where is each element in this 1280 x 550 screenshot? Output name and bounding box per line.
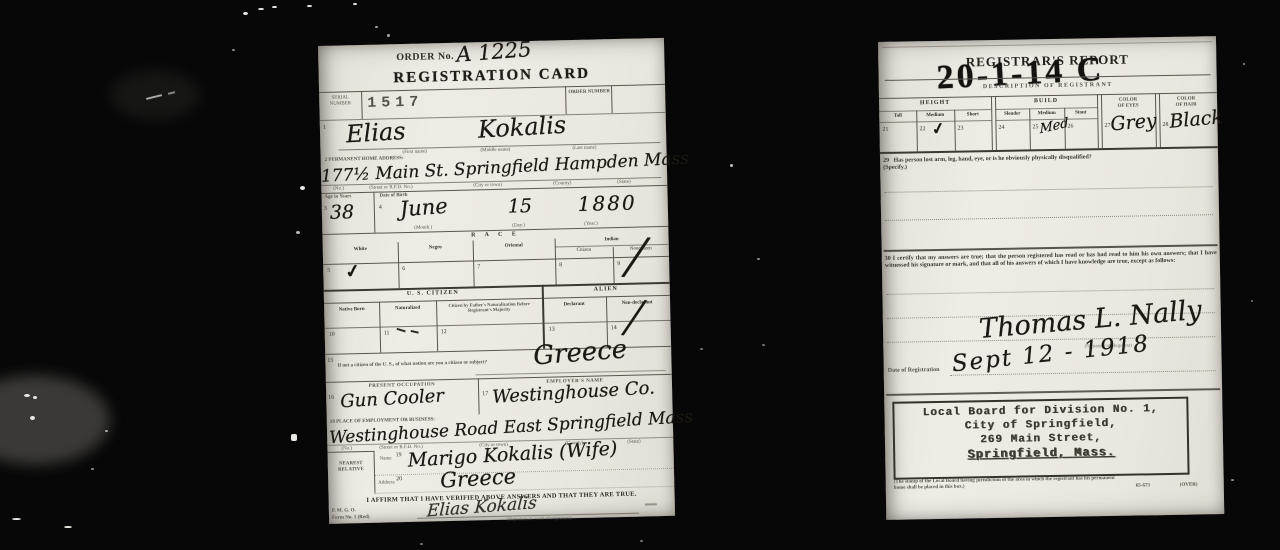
- race-box-no: 8: [559, 262, 562, 268]
- name-sublabel: (First name): [402, 149, 427, 155]
- film-speck: [291, 434, 297, 441]
- name-sublabel: (Last name): [572, 146, 596, 152]
- film-speck: [375, 26, 378, 28]
- film-glow: [0, 375, 110, 465]
- hair-label-line1: COLOR: [1177, 96, 1195, 101]
- citizen-box-no: 13: [549, 327, 555, 333]
- pen-stray-mark: [397, 328, 406, 332]
- hair-label-line2: OF HAIR: [1176, 102, 1197, 107]
- build-col-label: Medium: [1029, 111, 1064, 117]
- hair-color-value: Black: [1169, 106, 1224, 133]
- film-speck: [232, 49, 235, 51]
- desc-box-no: 28: [1162, 122, 1168, 128]
- film-speck: [420, 543, 423, 545]
- vrule: [373, 192, 375, 233]
- order-no-label: ORDER No.: [396, 51, 454, 63]
- name-last: Kokalis: [477, 111, 567, 144]
- rule: [325, 320, 671, 329]
- film-speck: [730, 164, 733, 167]
- print-code: 65-673: [1136, 483, 1150, 489]
- alien-nondeclarant-pen-slash: ╱: [622, 298, 646, 338]
- film-speck: [24, 394, 30, 397]
- field-no: 20: [396, 476, 402, 482]
- film-speck: [1243, 63, 1245, 65]
- race-col-label: Negro: [398, 244, 473, 251]
- citizen-col-label: Native Born: [324, 307, 379, 314]
- vrule: [361, 91, 363, 119]
- nearest-relative-label-line2: RELATIVE: [338, 467, 364, 473]
- build-col-label: Slender: [995, 111, 1029, 117]
- age-label: Age in Years: [324, 194, 351, 200]
- field-no: 19: [396, 452, 402, 458]
- eye-color-value: Grey: [1110, 110, 1158, 136]
- film-speck: [243, 12, 248, 15]
- race-citizen-label: Citizen: [555, 247, 613, 254]
- film-speck: [30, 416, 35, 420]
- registration-date-label: Date of Registration: [888, 367, 940, 375]
- q29-text: 29 Has person lost arm, leg, hand, eye, …: [883, 152, 1215, 172]
- name-sublabel: (Middle name): [480, 148, 510, 154]
- nearest-relative-label: NEAREST RELATIVE: [328, 461, 374, 473]
- blank-answer-line: [885, 214, 1213, 221]
- relative-address-label: Address: [378, 480, 395, 486]
- field-no: 15: [327, 358, 333, 364]
- color-of-hair-label: COLOR OF HAIR: [1159, 96, 1213, 108]
- build-col-label: Stout: [1064, 110, 1097, 116]
- q30-text: 30 I certify that my answers are true; t…: [885, 250, 1217, 270]
- film-speck: [387, 34, 390, 37]
- over-label: (OVER): [1180, 482, 1198, 488]
- q29-no: 29: [883, 158, 889, 164]
- citizen-col-label: Naturalized: [379, 305, 436, 312]
- local-board-stamp-box: Local Board for Division No. 1, City of …: [892, 397, 1189, 480]
- film-speck: [272, 6, 277, 8]
- print-smudge: [645, 503, 657, 505]
- citizen-col-label: Citizen by Father's Naturalization Befor…: [438, 301, 540, 314]
- height-col-label: Medium: [916, 113, 954, 119]
- field-no: 1: [323, 125, 326, 131]
- serial-number-label: SERIAL NUMBER: [321, 95, 359, 107]
- citizen-box-no: 12: [441, 329, 447, 335]
- vrule: [991, 96, 993, 150]
- film-speck: [91, 468, 94, 470]
- dob-sublabel: (Month.): [414, 225, 432, 231]
- form-code-line1: P. M. G. O.: [332, 508, 356, 514]
- film-speck: [296, 231, 300, 234]
- film-speck: [33, 396, 37, 399]
- name-first: Elias: [345, 117, 406, 148]
- form-code-line2: Form No. 1 (Red): [332, 515, 370, 521]
- film-speck: [762, 344, 765, 346]
- dob-month: June: [399, 194, 449, 222]
- height-label: HEIGHT: [879, 99, 991, 108]
- film-speck: [353, 3, 357, 5]
- eyes-label-line2: OF EYES: [1118, 103, 1139, 108]
- citizen-box-no: 10: [329, 332, 335, 338]
- eyes-label-line1: COLOR: [1119, 97, 1137, 102]
- height-col-label: Tall: [879, 113, 916, 119]
- build-label: BUILD: [995, 97, 1097, 106]
- race-col-label: Oriental: [473, 243, 555, 250]
- citizen-box-no: 14: [611, 325, 617, 331]
- dob-year: 1880: [577, 191, 636, 216]
- age-value: 38: [330, 201, 355, 224]
- race-box-no: 6: [402, 266, 405, 272]
- microfilm-scan: ORDER No. A 1225 REGISTRATION CARD SERIA…: [0, 0, 1280, 550]
- desc-box-no: 26: [1067, 124, 1073, 130]
- citizen-box-no: 11: [384, 330, 390, 336]
- dob-sublabel: (Day.): [512, 223, 525, 229]
- film-speck: [757, 258, 760, 260]
- blank-answer-line: [885, 186, 1213, 193]
- order-number-label: ORDER NUMBER: [567, 89, 611, 96]
- height-col-label: Short: [954, 112, 991, 118]
- race-box-no: 9: [617, 261, 620, 267]
- q15-value: Greece: [532, 334, 628, 371]
- rule: [886, 388, 1220, 396]
- dob-day: 15: [508, 195, 533, 218]
- desc-box-no: 21: [882, 127, 888, 133]
- desc-box-no: 25: [1032, 124, 1038, 130]
- race-white-checkmark: ✓: [344, 260, 362, 283]
- address-sublabel: (No.): [333, 186, 344, 192]
- color-of-eyes-label: COLOR OF EYES: [1101, 97, 1155, 109]
- vrule: [611, 85, 613, 113]
- film-speck: [1231, 479, 1234, 481]
- vrule: [1097, 94, 1099, 148]
- film-speck: [64, 526, 72, 528]
- address-sublabel: (State): [617, 180, 630, 186]
- place-sublabel: (State): [627, 440, 640, 446]
- blank-answer-line: [886, 288, 1214, 295]
- relative-address-value: Greece: [440, 464, 517, 492]
- film-speck: [1251, 300, 1253, 302]
- q29-specify: (Specify.): [883, 165, 907, 171]
- race-box-no: 5: [327, 268, 330, 274]
- desc-box-no: 23: [957, 126, 963, 132]
- field-no: 4: [379, 205, 382, 211]
- film-speck: [258, 8, 264, 10]
- film-speck: [105, 430, 108, 432]
- serial-number-value: 1517: [367, 94, 423, 112]
- q15-text: If not a citizen of the U. S., of what n…: [337, 359, 547, 369]
- film-speck: [12, 518, 21, 520]
- race-noncitizen-pen-slash: ╱: [623, 236, 649, 280]
- field-no: 16: [328, 395, 334, 401]
- field-no: 3: [324, 206, 327, 212]
- address-sublabel: (County): [553, 181, 571, 187]
- vrule: [555, 238, 557, 284]
- rule: [327, 451, 373, 453]
- relative-name-label: Name: [380, 456, 392, 462]
- race-box-no: 7: [477, 264, 480, 270]
- alien-col-label: Declarant: [544, 301, 604, 308]
- field-no: 17: [482, 391, 488, 397]
- pen-stray-mark: [411, 330, 419, 333]
- q29-question: Has person lost arm, leg, hand, eye, or …: [894, 154, 1092, 163]
- film-speck: [640, 540, 643, 542]
- registrars-report-card: REGISTRAR'S REPORT 20-1-14 C DESCRIPTION…: [878, 36, 1224, 520]
- film-speck: [307, 5, 312, 7]
- dob-sublabel: (Year.): [584, 222, 598, 228]
- order-no-value: A 1225: [455, 37, 532, 67]
- race-col-label: White: [323, 246, 398, 253]
- desc-box-no: 22: [919, 126, 925, 132]
- desc-box-no: 24: [998, 125, 1004, 131]
- film-speck: [300, 186, 305, 190]
- registration-card: ORDER No. A 1225 REGISTRATION CARD SERIA…: [318, 38, 675, 524]
- film-speck: [700, 348, 703, 350]
